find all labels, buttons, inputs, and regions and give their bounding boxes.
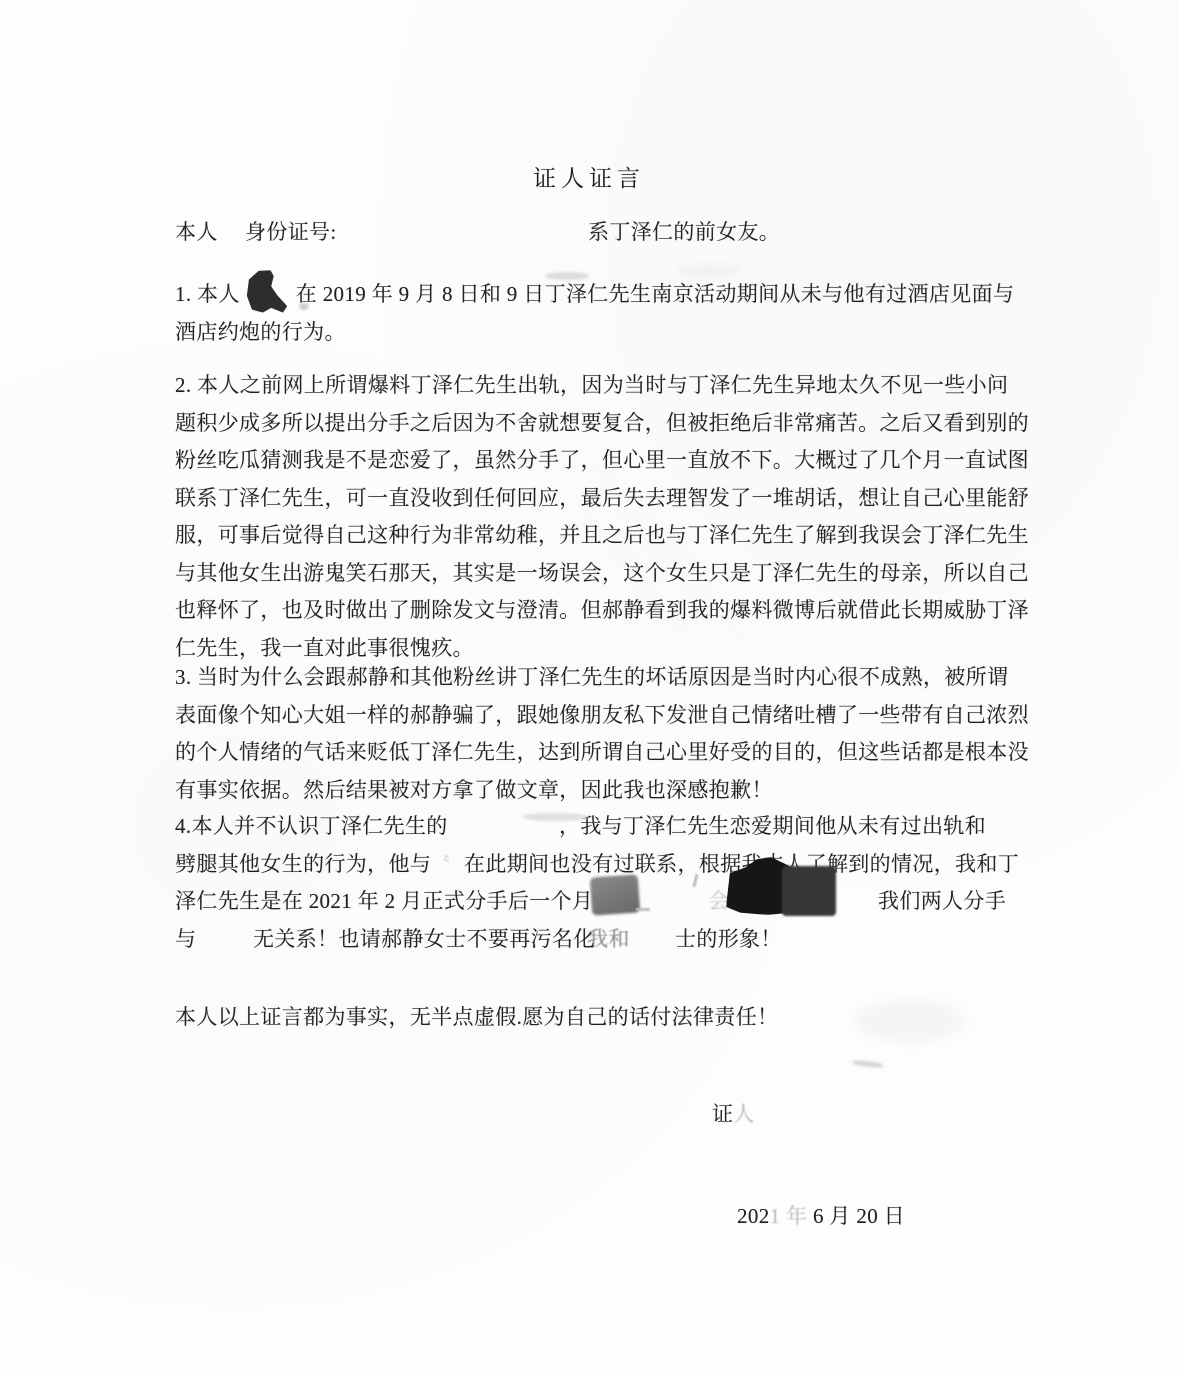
paragraph-4-line-2: 劈腿其他女生的行为，他与 〝 在此期间也没有过联系，根据我本人了解到的情况，我和… [175, 846, 636, 884]
closing-statement: 本人以上证言都为事实，无半点虚假.愿为自己的话付法律责任！ [175, 999, 1178, 1037]
erased-text-remnant: 会 [708, 883, 729, 921]
date-faded-remnant: 1 年 [770, 1204, 808, 1228]
erased-text-remnant: 〝 [433, 846, 450, 884]
paragraph-2-line: 服，可事后觉得自己这种行为非常幼稚，并且之后也与丁泽仁先生了解到我误会丁泽仁先生 [175, 517, 1029, 555]
paragraph-1-line-1: 1. 本人在 2019 年 9 月 8 日和 9 日丁泽仁先生南京活动期间从未与… [175, 276, 1014, 314]
paragraph-4-line-4: 与 无关系！也请郝静女士不要再污名化 我和 士的形象！ [175, 921, 636, 959]
paragraph-2-line: 与其他女生出游鬼笑石那天，其实是一场误会，这个女生只是丁泽仁先生的母亲，所以自己 [175, 555, 1029, 593]
erased-text-remnant: 我和 [587, 921, 630, 959]
paragraph-4-line-3-post: 我们两人分手 [878, 883, 1006, 921]
paragraph-4-line-3-pre: 泽仁先生是在 2021 年 2 月正式分手后一个月左右 [175, 889, 636, 913]
paragraph-4-line-1-post: ，我与丁泽仁先生恋爱期间他从未有过出轨和 [559, 808, 986, 846]
redacted-name-gap [240, 296, 296, 297]
document-title: 证人证言 [0, 160, 1178, 193]
witness-label-faded: 人 [733, 1102, 754, 1126]
paragraph-2-line: 联系丁泽仁先生，可一直没收到任何回应，最后失去理智发了一堆胡话，想让自己心里能舒 [175, 480, 1029, 518]
id-number-label: 身份证号: [245, 214, 337, 252]
paragraph-4-line-1-pre: 4.本人并不认识丁泽仁先生的 [175, 814, 448, 838]
paragraph-2-line: 粉丝吃瓜猜测我是不是恋爱了，虽然分手了，但心里一直放不下。大概过了几个月一直试图 [175, 442, 1029, 480]
witness-testimony-scan: 证人证言 本人 身份证号: 系丁泽仁的前女友。 1. 本人在 2019 年 9 … [0, 0, 1178, 1374]
date-line: 2021 年 6 月 20 日 [737, 1198, 1178, 1236]
date-suffix: 6 月 20 日 [813, 1204, 905, 1228]
paragraph-4-line-2-pre: 劈腿其他女生的行为，他与 [175, 852, 431, 876]
paragraph-3-line: 3. 当时为什么会跟郝静和其他粉丝讲丁泽仁先生的坏话原因是当时内心很不成熟，被所… [175, 659, 1029, 697]
paragraph-1-line-2: 酒店约炮的行为。 [175, 314, 1014, 352]
witness-signature-line: 证人 [712, 1096, 1178, 1134]
paragraph-2-line: 2. 本人之前网上所谓爆料丁泽仁先生出轨，因为当时与丁泽仁先生异地太久不见一些小… [175, 367, 1029, 405]
paragraph-3: 3. 当时为什么会跟郝静和其他粉丝讲丁泽仁先生的坏话原因是当时内心很不成熟，被所… [175, 659, 1029, 809]
paragraph-2-line: 也释怀了，也及时做出了删除发文与澄清。但郝静看到我的爆料微博后就借此长期威胁丁泽 [175, 592, 1029, 630]
scan-smudge [852, 1059, 884, 1069]
paragraph-4-line-4-mid: 无关系！也请郝静女士不要再污名化 [253, 921, 595, 959]
paragraph-2-line: 题积少成多所以提出分手之后因为不舍就想要复合，但被拒绝后非常痛苦。之后又看到别的 [175, 405, 1029, 443]
paragraph-4-line-4-post: 士的形象！ [675, 921, 782, 959]
paragraph-3-line: 的个人情绪的气话来贬低丁泽仁先生，达到所谓自己心里好受的目的，但这些话都是根本没 [175, 734, 1029, 772]
paragraph-4-line-4-pre: 与 [175, 927, 196, 951]
paragraph-4-line-3: 泽仁先生是在 2021 年 2 月正式分手后一个月左右 会 我们两人分手 [175, 883, 636, 921]
declarant-line: 本人 身份证号: 系丁泽仁的前女友。 [175, 214, 1178, 252]
date-prefix: 202 [737, 1204, 770, 1228]
paragraph-2: 2. 本人之前网上所谓爆料丁泽仁先生出轨，因为当时与丁泽仁先生异地太久不见一些小… [175, 367, 1029, 667]
paragraph-3-line: 表面像个知心大姐一样的郝静骗了，跟她像朋友私下发泄自己情绪吐槽了一些带有自己浓烈 [175, 697, 1029, 735]
paragraph-4-line-2-post: 在此期间也没有过联系，根据我本人了解到的情况，我和丁 [464, 846, 1019, 884]
relationship-text: 系丁泽仁的前女友。 [588, 214, 780, 252]
paragraph-1-line-1-post: 在 2019 年 9 月 8 日和 9 日丁泽仁先生南京活动期间从未与他有过酒店… [296, 282, 1015, 306]
declarant-label: 本人 [175, 220, 218, 244]
paragraph-3-line: 有事实依据。然后结果被对方拿了做文章，因此我也深感抱歉！ [175, 772, 1029, 810]
paragraph-1: 1. 本人在 2019 年 9 月 8 日和 9 日丁泽仁先生南京活动期间从未与… [175, 276, 1014, 351]
paragraph-4: 4.本人并不认识丁泽仁先生的 ，我与丁泽仁先生恋爱期间他从未有过出轨和 劈腿其他… [175, 808, 636, 958]
erased-stroke-artifact [636, 908, 650, 911]
witness-label-visible: 证 [712, 1102, 733, 1126]
paragraph-1-line-1-pre: 1. 本人 [175, 282, 240, 306]
paragraph-4-line-1: 4.本人并不认识丁泽仁先生的 ，我与丁泽仁先生恋爱期间他从未有过出轨和 [175, 808, 636, 846]
